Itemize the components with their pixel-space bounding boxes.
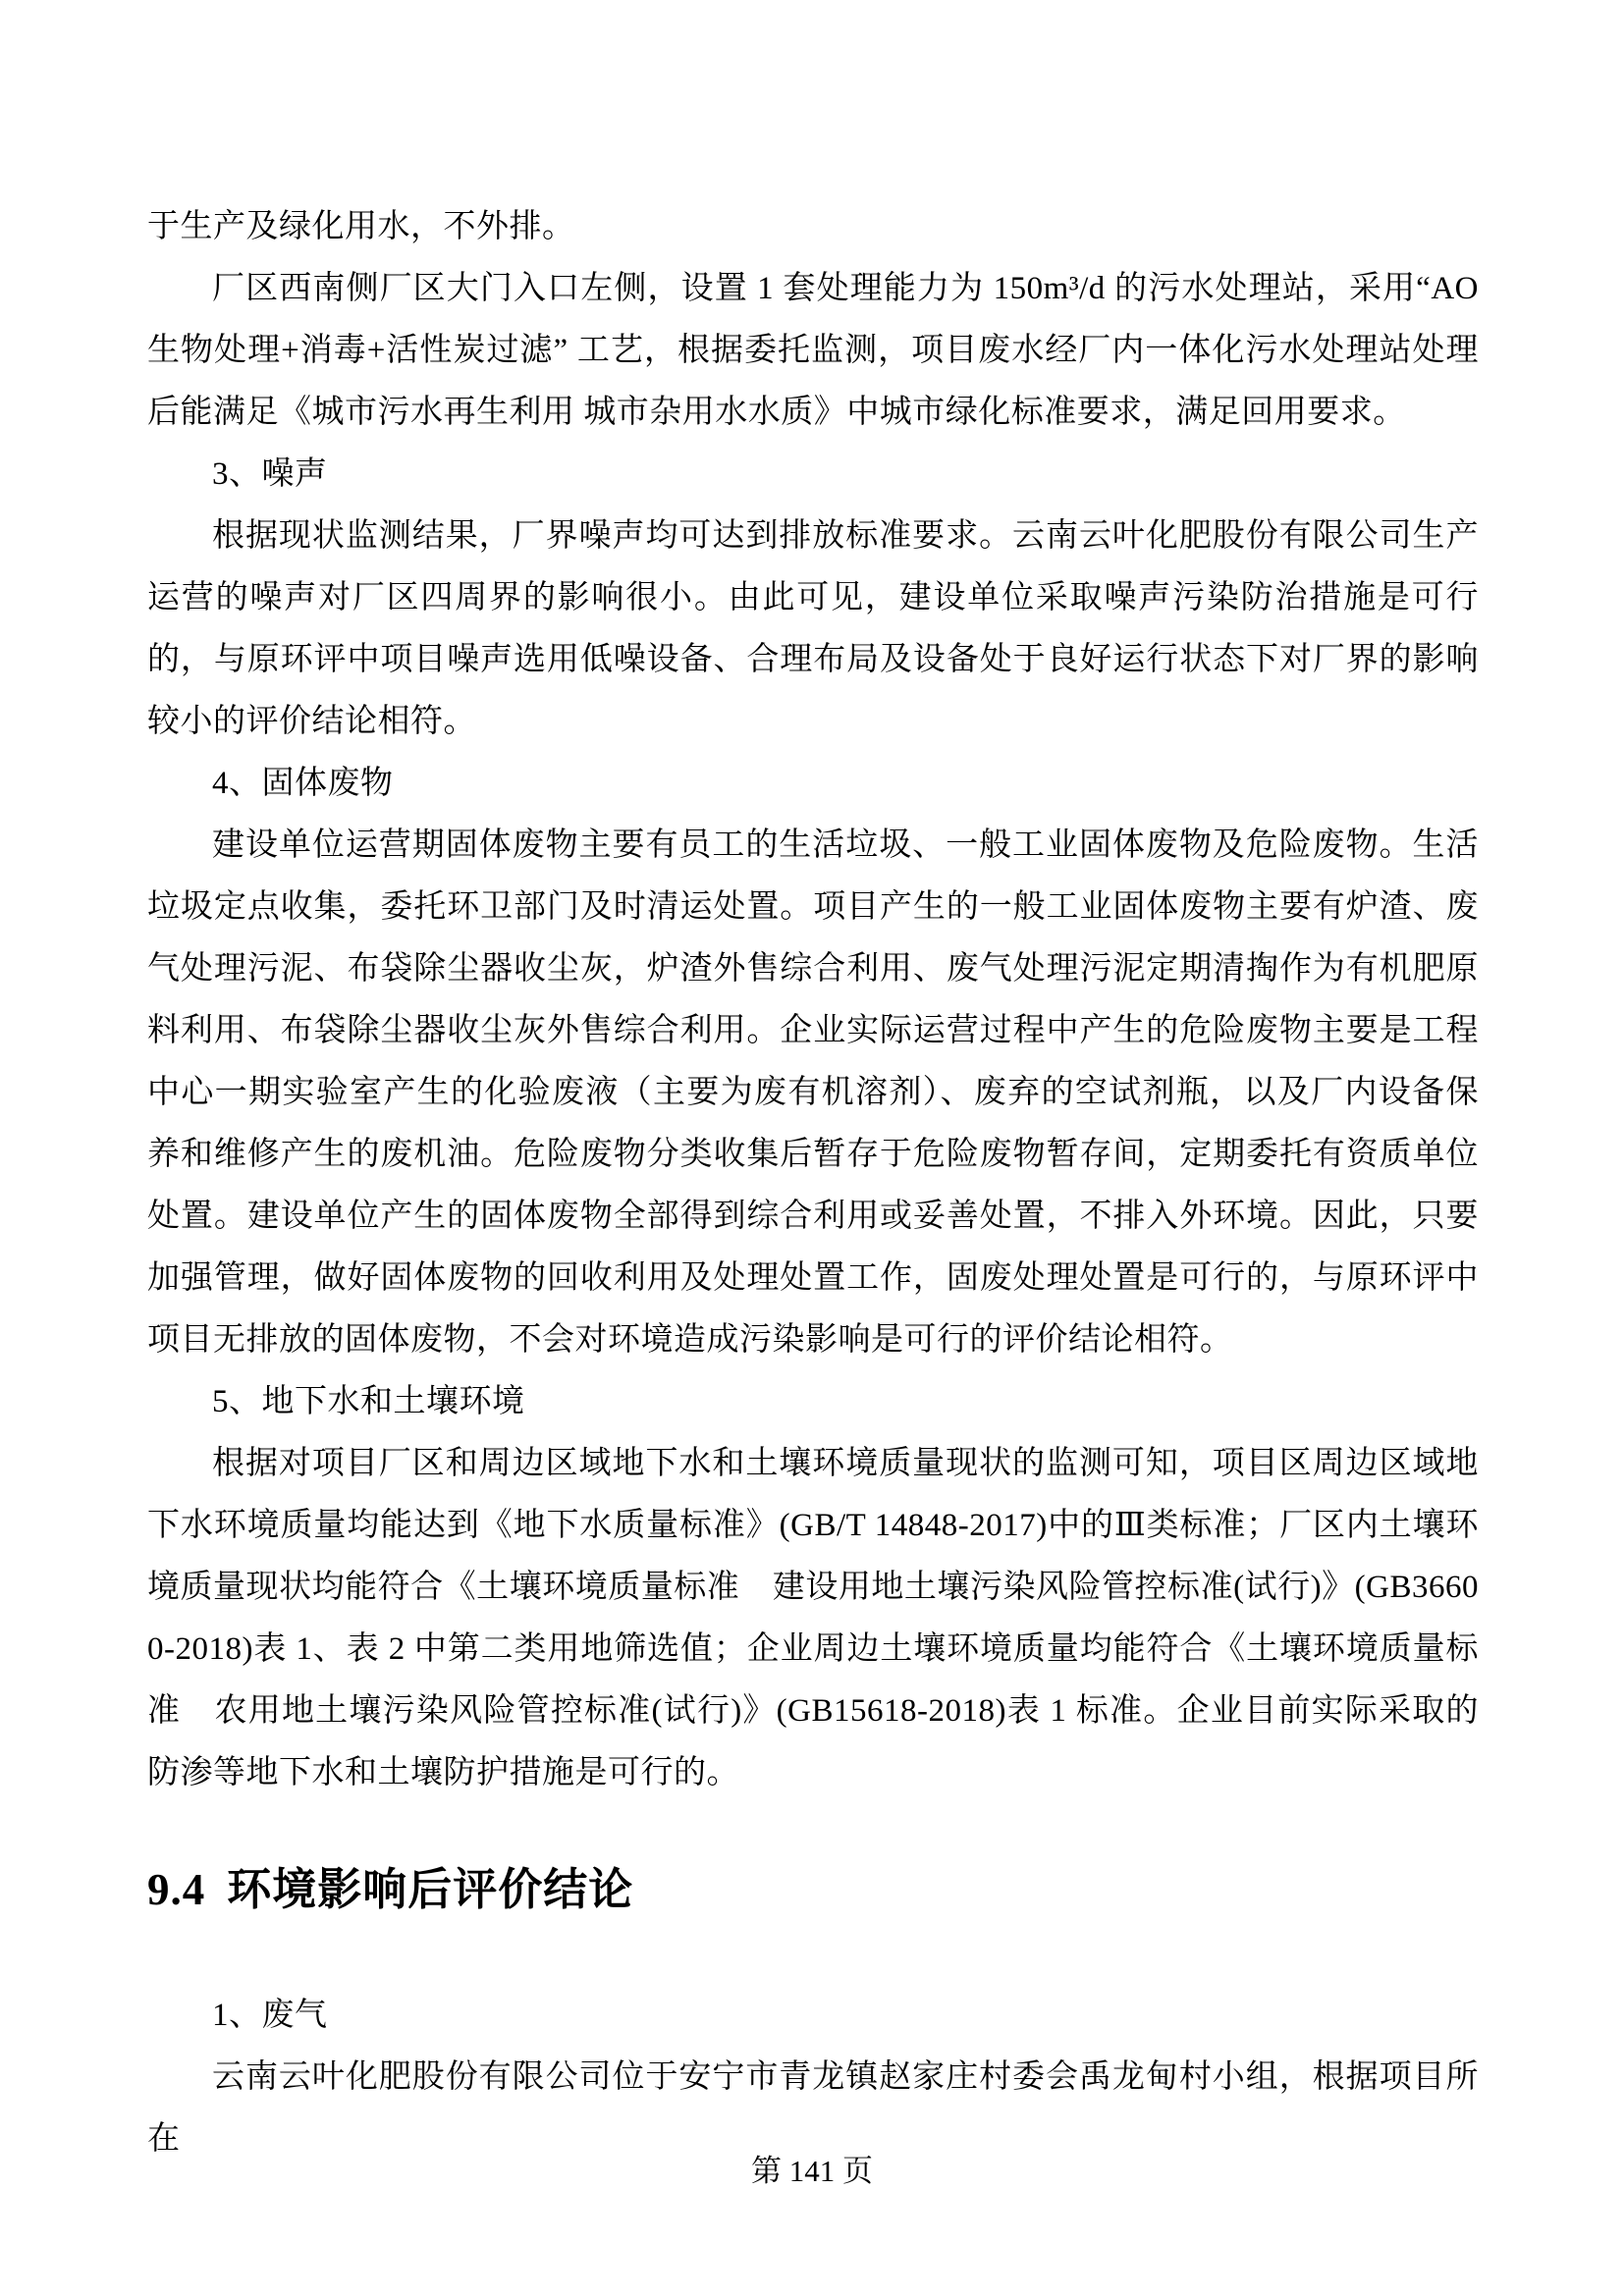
section-number: 9.4: [147, 1865, 205, 1914]
subheading-solid-waste: 4、固体废物: [147, 753, 1479, 815]
section-title: 环境影响后评价结论: [227, 1865, 633, 1914]
page-number: 第 141 页: [0, 2152, 1624, 2191]
document-page: 于生产及绿化用水，不外排。 厂区西南侧厂区大门入口左侧，设置 1 套处理能力为 …: [0, 0, 1624, 2296]
paragraph-groundwater-soil-conclusion: 根据对项目厂区和周边区域地下水和土壤环境质量现状的监测可知，项目区周边区域地下水…: [147, 1433, 1479, 1804]
paragraph-wastewater-station: 厂区西南侧厂区大门入口左侧，设置 1 套处理能力为 150m³/d 的污水处理站…: [147, 258, 1479, 444]
subheading-noise: 3、噪声: [147, 444, 1479, 506]
section-heading-9-4: 9.4环境影响后评价结论: [147, 1859, 1479, 1920]
document-body: 于生产及绿化用水，不外排。 厂区西南侧厂区大门入口左侧，设置 1 套处理能力为 …: [147, 196, 1479, 2170]
paragraph-noise-conclusion: 根据现状监测结果，厂界噪声均可达到排放标准要求。云南云叶化肥股份有限公司生产运营…: [147, 506, 1479, 753]
subheading-groundwater-soil: 5、地下水和土壤环境: [147, 1371, 1479, 1433]
paragraph-water-reuse-continuation: 于生产及绿化用水，不外排。: [147, 196, 1479, 258]
subheading-waste-gas: 1、废气: [147, 1985, 1479, 2047]
paragraph-solid-waste-conclusion: 建设单位运营期固体废物主要有员工的生活垃圾、一般工业固体废物及危险废物。生活垃圾…: [147, 815, 1479, 1371]
